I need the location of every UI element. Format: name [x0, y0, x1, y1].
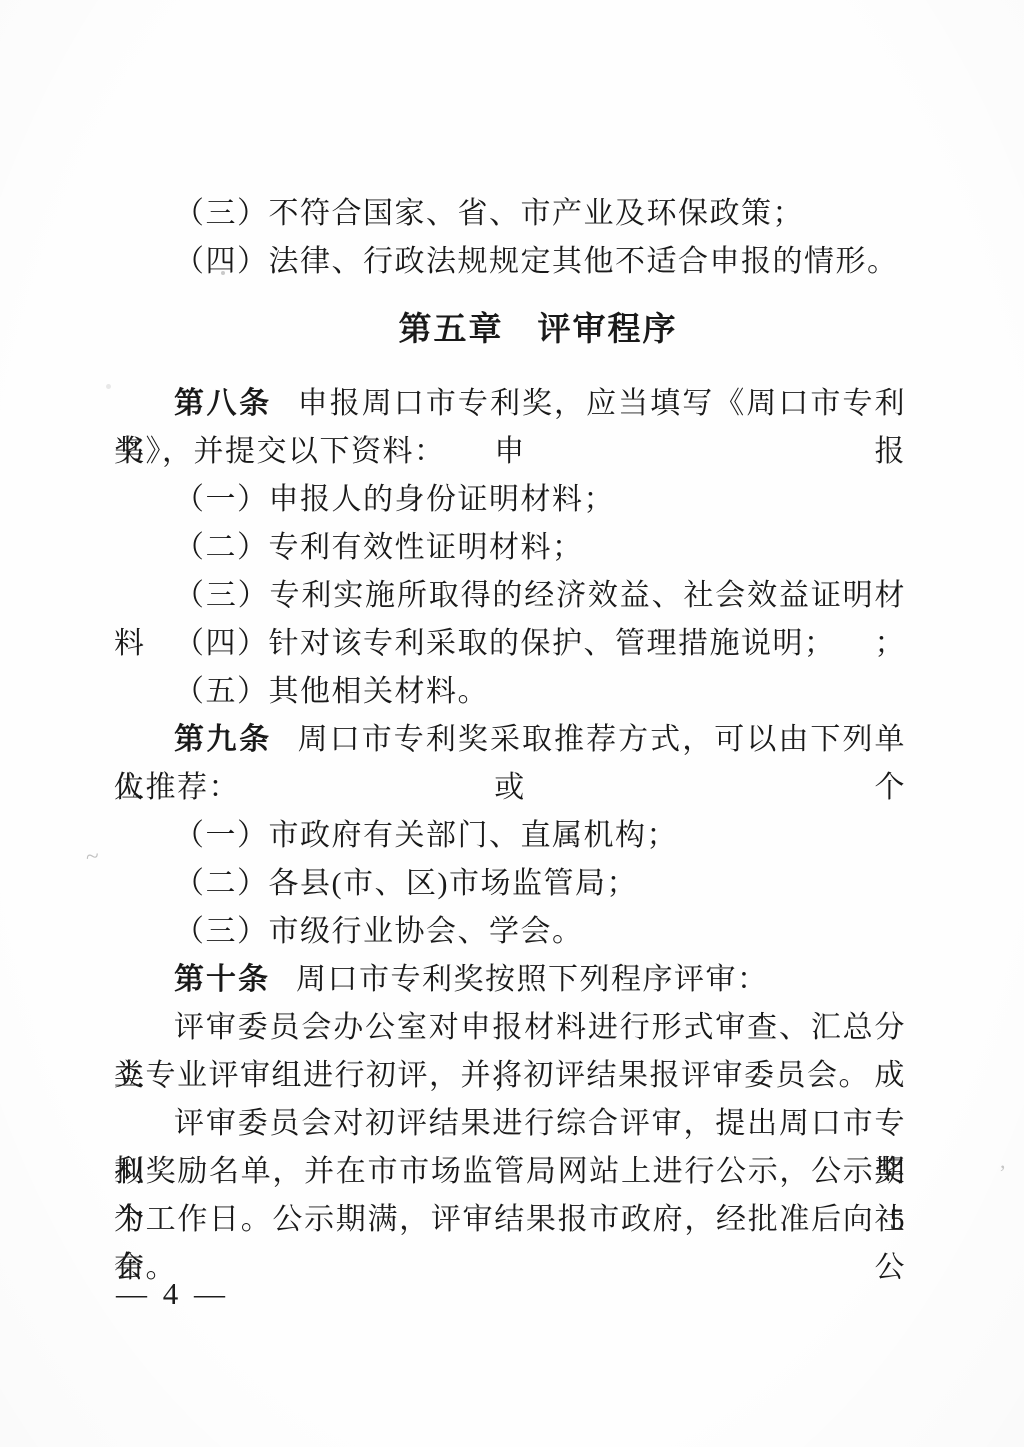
article-10-line-1: 第十条周口市专利奖按照下列程序评审： [114, 956, 906, 1004]
scan-artifact-squiggle: ~ [84, 843, 101, 872]
document-page: （三）不符合国家、省、市产业及环保政策； （四）法律、行政法规规定其他不适合申报… [0, 0, 1024, 1447]
article-10-para-2-line-3: 个工作日。公示期满，评审结果报市政府，经批准后向社会公 [114, 1196, 906, 1244]
article-10-para-1-line-2: 立专业评审组进行初评，并将初评结果报评审委员会。 [114, 1052, 906, 1100]
clause-item-4: （四）法律、行政法规规定其他不适合申报的情形。 [114, 238, 906, 286]
chapter-number: 第五章 [399, 310, 504, 347]
clause-item-3: （三）不符合国家、省、市产业及环保政策； [114, 190, 906, 238]
scan-artifact-dot [106, 384, 111, 389]
article-8-item-1: （一）申报人的身份证明材料； [114, 476, 906, 524]
article-10-para-2-line-2: 拟奖励名单，并在市市场监管局网站上进行公示，公示期为 5 [114, 1148, 906, 1196]
article-10-text: 周口市专利奖按照下列程序评审： [296, 963, 769, 996]
article-9-item-2: （二）各县(市、区)市场监管局； [114, 860, 906, 908]
article-8-item-2: （二）专利有效性证明材料； [114, 524, 906, 572]
article-10-para-1-line-1: 评审委员会办公室对申报材料进行形式审查、汇总分类，成 [114, 1004, 906, 1052]
article-9-label: 第九条 [174, 723, 272, 756]
article-8-line-1: 第八条申报周口市专利奖，应当填写《周口市专利奖申报 [114, 380, 906, 428]
chapter-heading: 第五章评审程序 [142, 305, 934, 353]
article-10-para-2-line-1: 评审委员会对初评结果进行综合评审，提出周口市专利奖 [114, 1100, 906, 1148]
article-9-item-1: （一）市政府有关部门、直属机构； [114, 812, 906, 860]
article-8-item-5: （五）其他相关材料。 [114, 668, 906, 716]
page-number: — 4 — [116, 1276, 229, 1312]
document-body: （三）不符合国家、省、市产业及环保政策； （四）法律、行政法规规定其他不适合申报… [114, 190, 906, 1292]
article-8-item-4: （四）针对该专利采取的保护、管理措施说明； [114, 620, 906, 668]
article-8-item-3: （三）专利实施所取得的经济效益、社会效益证明材料； [114, 572, 906, 620]
article-10-label: 第十条 [174, 963, 270, 996]
article-9-item-3: （三）市级行业协会、学会。 [114, 908, 906, 956]
article-8-label: 第八条 [174, 387, 272, 420]
chapter-title: 评审程序 [538, 310, 678, 347]
scan-artifact-speck: , [1000, 1148, 1006, 1174]
article-9-line-1: 第九条周口市专利奖采取推荐方式，可以由下列单位或个 [114, 716, 906, 764]
